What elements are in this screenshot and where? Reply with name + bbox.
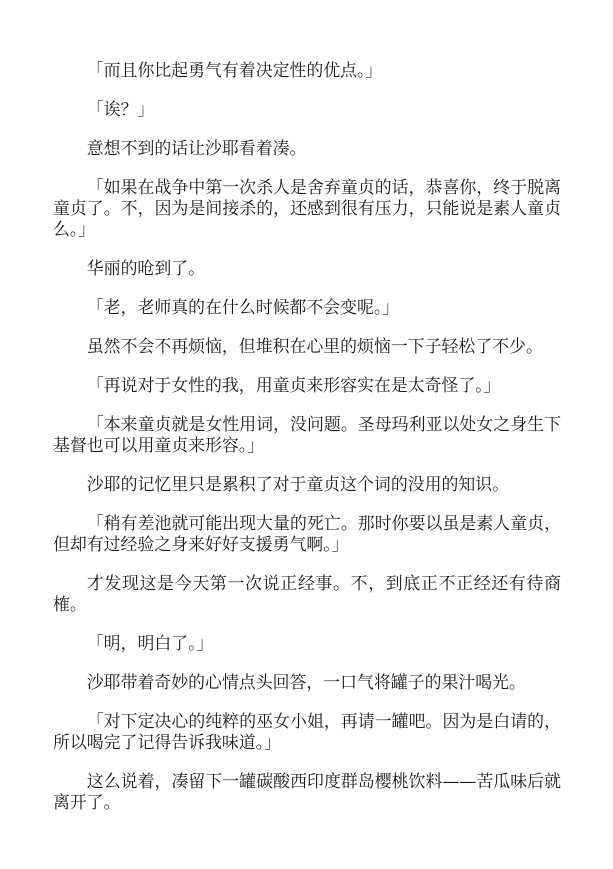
paragraph-dialogue: 「老，老师真的在什么时候都不会变呢。」 xyxy=(53,297,561,318)
paragraph-narration: 沙耶带着奇妙的心情点头回答，一口气将罐子的果汁喝光。 xyxy=(53,672,561,693)
paragraph-dialogue: 「稍有差池就可能出现大量的死亡。那时你要以虽是素人童贞，但却有过经验之身来好好支… xyxy=(53,513,561,555)
paragraph-dialogue: 「诶？」 xyxy=(53,99,561,120)
paragraph-dialogue: 「而且你比起勇气有着决定性的优点。」 xyxy=(53,60,561,81)
paragraph-narration: 这么说着，凑留下一罐碳酸西印度群岛樱桃饮料——苦瓜味后就离开了。 xyxy=(53,771,561,813)
paragraph-narration: 沙耶的记忆里只是累积了对于童贞这个词的没用的知识。 xyxy=(53,474,561,495)
paragraph-narration: 才发现这是今天第一次说正经事。不，到底正不正经还有待商榷。 xyxy=(53,573,561,615)
paragraph-dialogue: 「对下定决心的纯粹的巫女小姐，再请一罐吧。因为是白请的，所以喝完了记得告诉我味道… xyxy=(53,711,561,753)
paragraph-dialogue: 「本来童贞就是女性用词，没问题。圣母玛利亚以处女之身生下基督也可以用童贞来形容。… xyxy=(53,414,561,456)
paragraph-dialogue: 「如果在战争中第一次杀人是舍弃童贞的话，恭喜你，终于脱离童贞了。不，因为是间接杀… xyxy=(53,177,561,240)
paragraph-narration: 华丽的呛到了。 xyxy=(53,258,561,279)
paragraph-narration: 虽然不会不再烦恼，但堆积在心里的烦恼一下子轻松了不少。 xyxy=(53,336,561,357)
document-page: 「而且你比起勇气有着决定性的优点。」 「诶？」 意想不到的话让沙耶看着凑。 「如… xyxy=(53,60,561,831)
paragraph-dialogue: 「明，明白了。」 xyxy=(53,633,561,654)
paragraph-dialogue: 「再说对于女性的我，用童贞来形容实在是太奇怪了。」 xyxy=(53,375,561,396)
paragraph-narration: 意想不到的话让沙耶看着凑。 xyxy=(53,138,561,159)
